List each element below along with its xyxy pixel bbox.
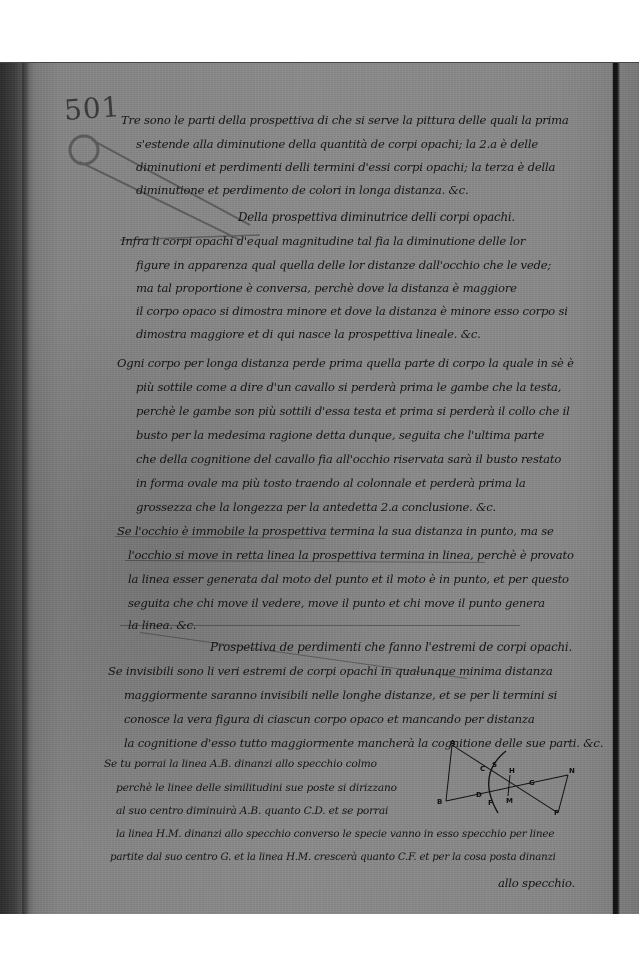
text-line: che della cognitione del cavallo fia all…	[136, 452, 561, 466]
label-n: N	[569, 767, 575, 775]
text-line: s'estende alla diminutione della quantit…	[136, 137, 538, 151]
label-d: D	[476, 791, 482, 799]
text-line: allo specchio.	[498, 876, 575, 890]
text-line: perchè le linee delle similitudini sue p…	[116, 782, 397, 794]
text-line: conosce la vera figura di ciascun corpo …	[124, 712, 535, 726]
text-line: Tre sono le parti della prospettiva di c…	[121, 113, 569, 127]
right-margin-rule	[613, 63, 617, 914]
text-line: l'occhio si move in retta linea la prosp…	[128, 548, 574, 562]
text-line: la linea H.M. dinanzi allo specchio conv…	[116, 828, 554, 840]
text-line: diminutioni et perdimenti delli termini …	[136, 160, 555, 174]
text-line: partite dal suo centro G. et la linea H.…	[110, 852, 556, 863]
text-line: ma tal proportione è conversa, perchè do…	[136, 281, 517, 295]
text-line: in forma ovale ma più tosto traendo al c…	[136, 476, 526, 490]
text-line: maggiormente saranno invisibili nelle lo…	[124, 688, 557, 702]
text-line: il corpo opaco si dimostra minore et dov…	[136, 304, 568, 318]
section-heading: Prospettiva de perdimenti che fanno l'es…	[210, 640, 572, 654]
label-f: F	[488, 799, 493, 807]
label-s: S	[492, 761, 497, 769]
text-line: la linea esser generata dal moto del pun…	[128, 572, 569, 586]
text-line: Se tu porrai la linea A.B. dinanzi allo …	[104, 758, 377, 770]
text-line: seguita che chi move il vedere, move il …	[128, 596, 545, 610]
text-line: la linea. &c.	[128, 618, 196, 632]
text-line: dimostra maggiore et di qui nasce la pro…	[136, 327, 481, 341]
text-line: busto per la medesima ragione detta dunq…	[136, 428, 544, 442]
section-heading: Della prospettiva diminutrice delli corp…	[238, 210, 515, 224]
text-line: Se invisibili sono li veri estremi de co…	[108, 664, 553, 678]
label-p: P	[554, 809, 559, 815]
label-m: M	[506, 797, 513, 805]
text-line: figure in apparenza qual quella delle lo…	[136, 258, 551, 272]
binding-edge	[22, 63, 28, 914]
label-c: C	[480, 765, 485, 773]
text-line: più sottile come a dire d'un cavallo si …	[136, 380, 561, 394]
label-g: G	[529, 779, 535, 787]
page-number: 501	[63, 90, 122, 127]
label-b: B	[437, 798, 442, 806]
text-line: Ogni corpo per longa distanza perde prim…	[117, 356, 574, 370]
mirror-geometry-diagram: A B C S H G N D F M P	[428, 735, 578, 815]
label-a: A	[450, 739, 456, 747]
text-line: Infra li corpi opachi d'equal magnitudin…	[121, 234, 525, 248]
text-line: perchè le gambe son più sottili d'essa t…	[136, 404, 570, 418]
text-line: al suo centro diminuirà A.B. quanto C.D.…	[116, 805, 388, 817]
label-h: H	[509, 767, 515, 775]
text-line: Se l'occhio è immobile la prospettiva te…	[117, 524, 554, 538]
text-line: diminutione et perdimento de colori in l…	[136, 183, 468, 197]
text-line: grossezza che la longezza per la antedet…	[136, 500, 496, 514]
